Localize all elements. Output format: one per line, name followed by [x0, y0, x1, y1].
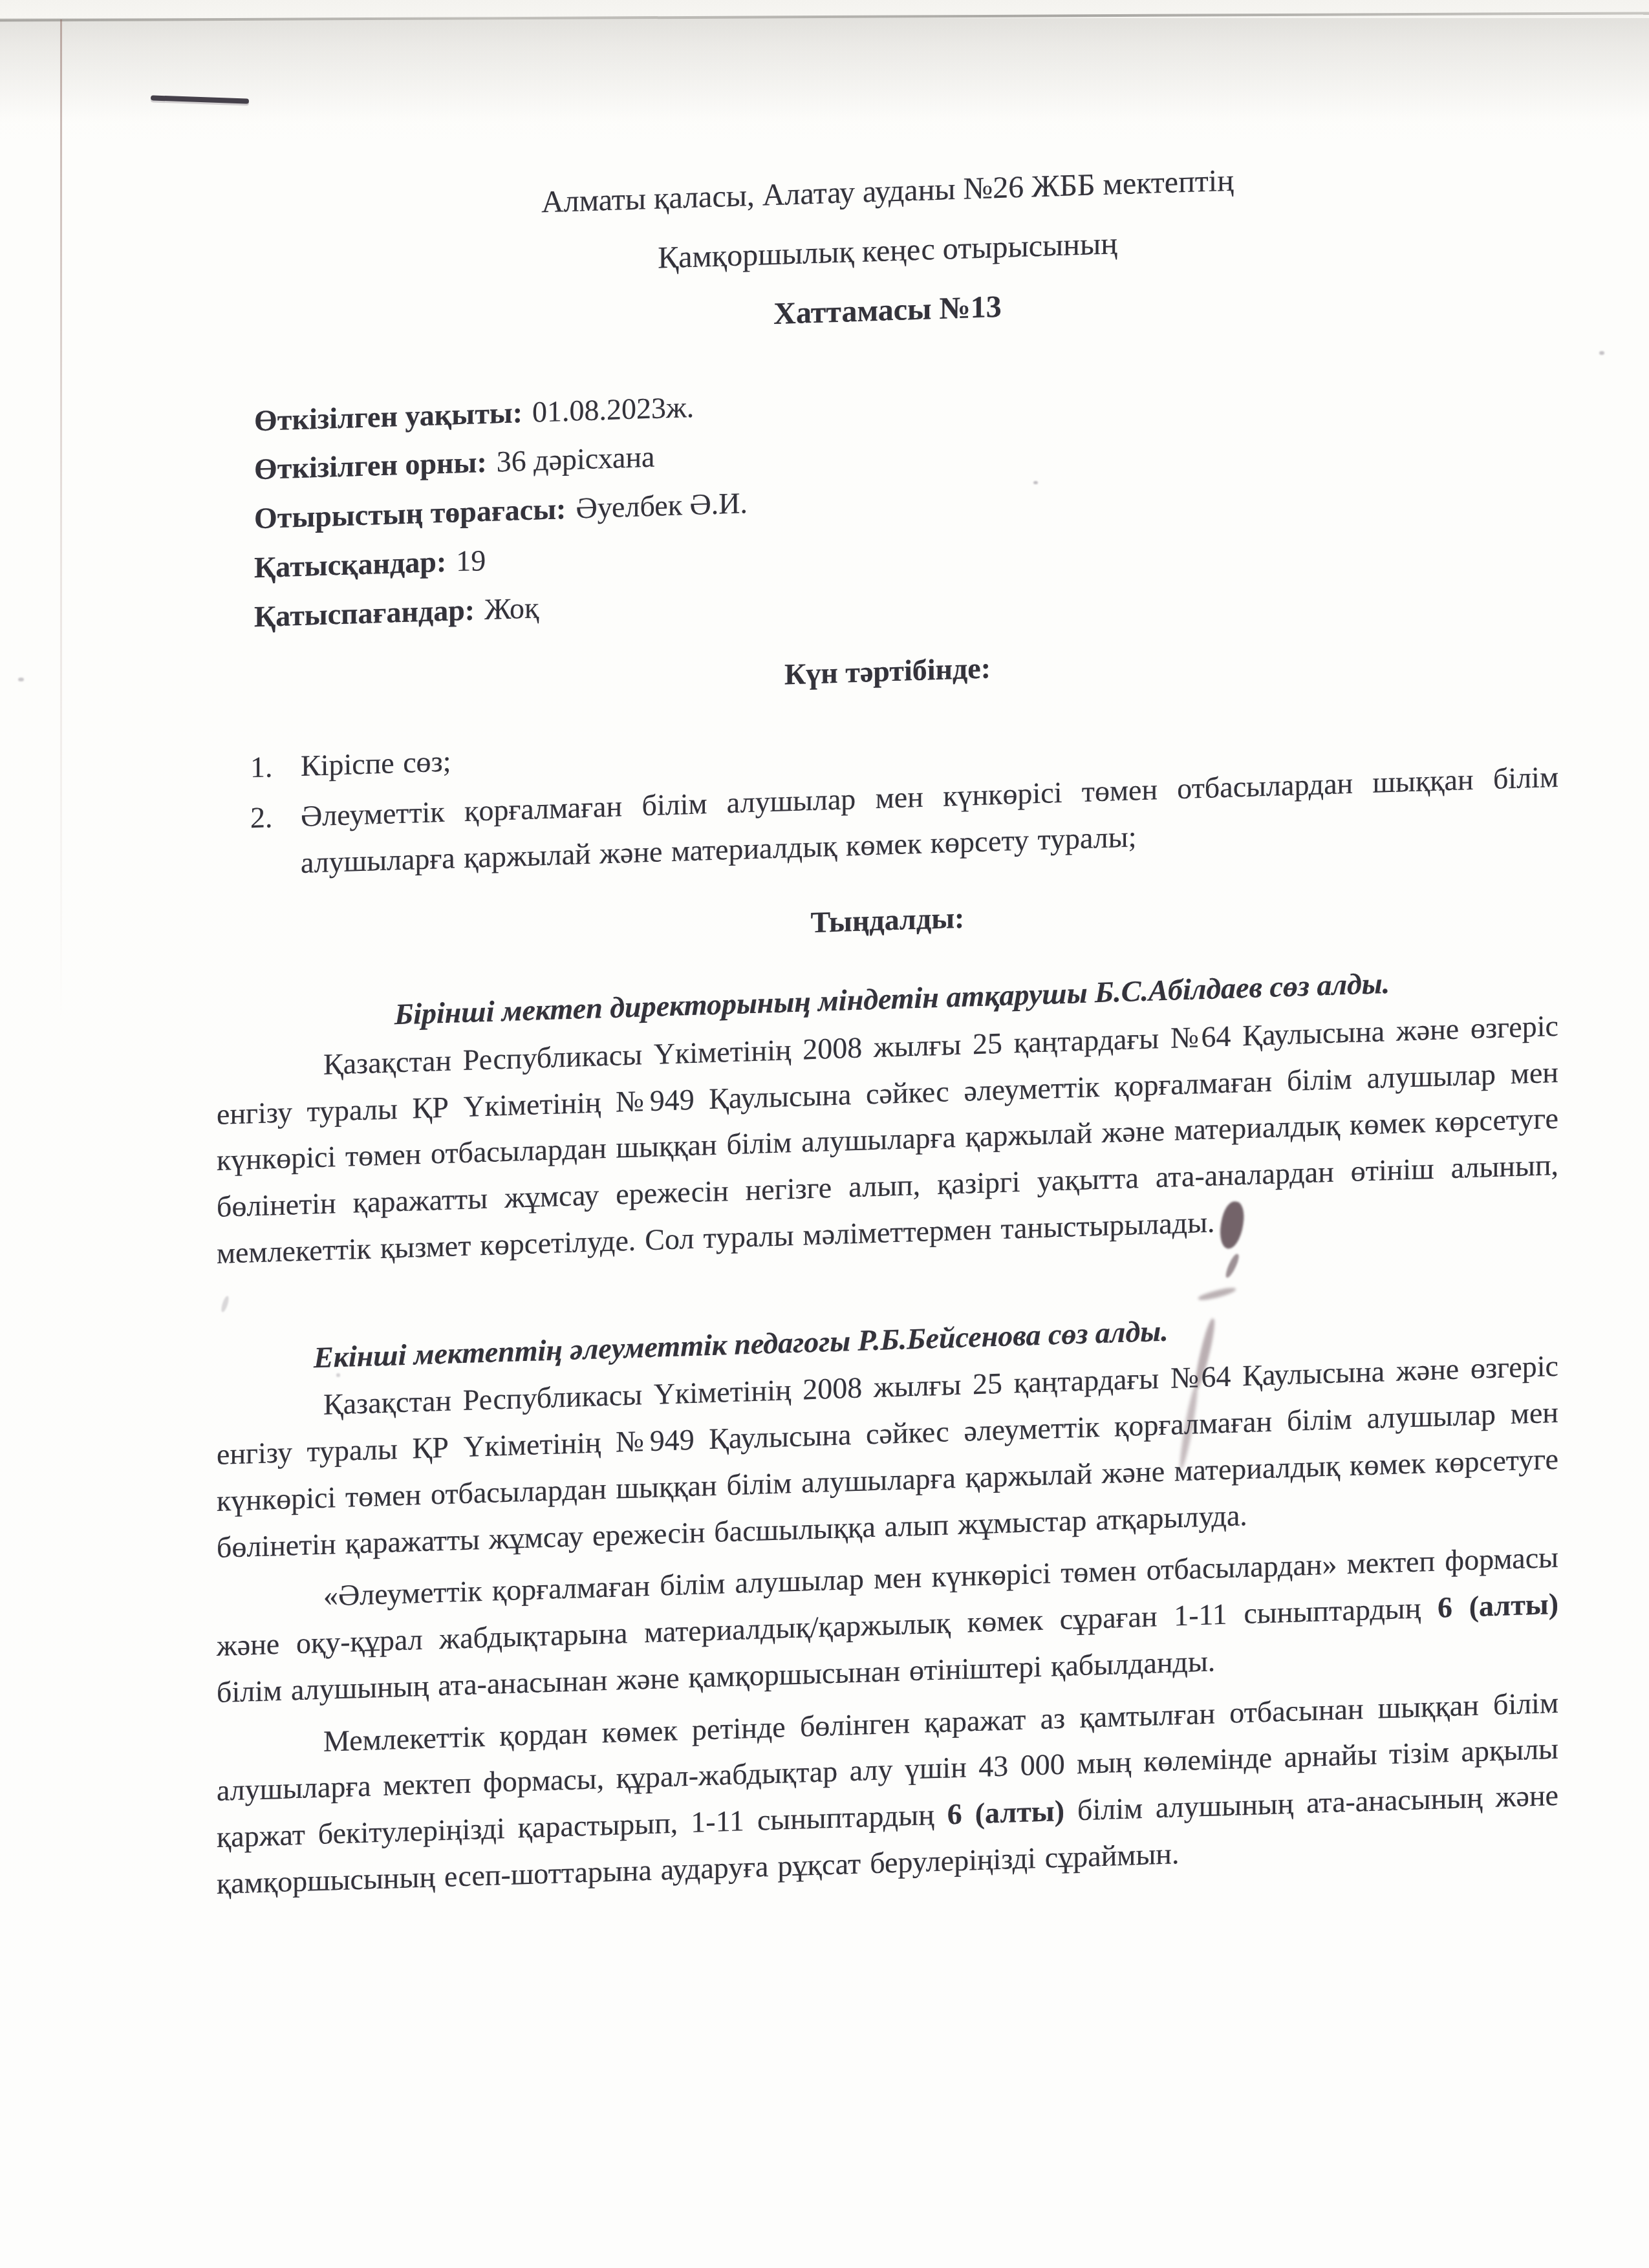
page-edge-line — [60, 19, 62, 1022]
paragraph-text: Мемлекеттік қордан көмек ретінде бөлінге… — [217, 1685, 1558, 1854]
scan-top-shadow — [0, 18, 1649, 122]
scan-speck — [18, 678, 24, 681]
heard-heading: Тыңдалды: — [217, 876, 1558, 965]
agenda-heading: Күн тәртібінде: — [217, 627, 1558, 716]
meta-value: 01.08.2023ж. — [532, 390, 694, 428]
meeting-meta: Өткізілген уақыты:01.08.2023ж. Өткізілге… — [254, 356, 1558, 639]
document-title: Алматы қаласы, Алатау ауданы №26 ЖББ мек… — [217, 147, 1558, 356]
speaker2-paragraph-3: Мемлекеттік қордан көмек ретінде бөлінге… — [217, 1679, 1558, 1907]
meta-label: Өткізілген уақыты: — [254, 396, 523, 437]
meta-label: Өткізілген орны: — [254, 445, 487, 486]
meta-value: 19 — [456, 544, 486, 577]
meta-value: 36 дәрісхана — [497, 440, 655, 478]
meta-label: Отырыстың төрағасы: — [254, 492, 566, 535]
meta-label: Қатыспағандар: — [254, 593, 475, 633]
bold-count: 6 (алты) — [1438, 1587, 1558, 1624]
speaker1-paragraph: Қазақстан Республикасы Үкіметінің 2008 ж… — [217, 1003, 1558, 1277]
scanned-document-page: Алматы қаласы, Алатау ауданы №26 ЖББ мек… — [0, 0, 1649, 2268]
agenda-list: 1. Кіріспе сөз; 2. Әлеуметтік қорғалмаға… — [250, 703, 1558, 888]
document-content: Алматы қаласы, Алатау ауданы №26 ЖББ мек… — [217, 147, 1558, 1907]
meta-value: Әуелбек Ә.И. — [576, 486, 748, 524]
meta-value: Жоқ — [484, 591, 539, 626]
scan-speck — [1599, 351, 1604, 355]
meta-label: Қатысқандар: — [254, 545, 446, 584]
agenda-item-number: 2. — [250, 793, 301, 888]
agenda-item-number: 1. — [250, 743, 301, 791]
bold-count: 6 (алты) — [947, 1794, 1064, 1831]
